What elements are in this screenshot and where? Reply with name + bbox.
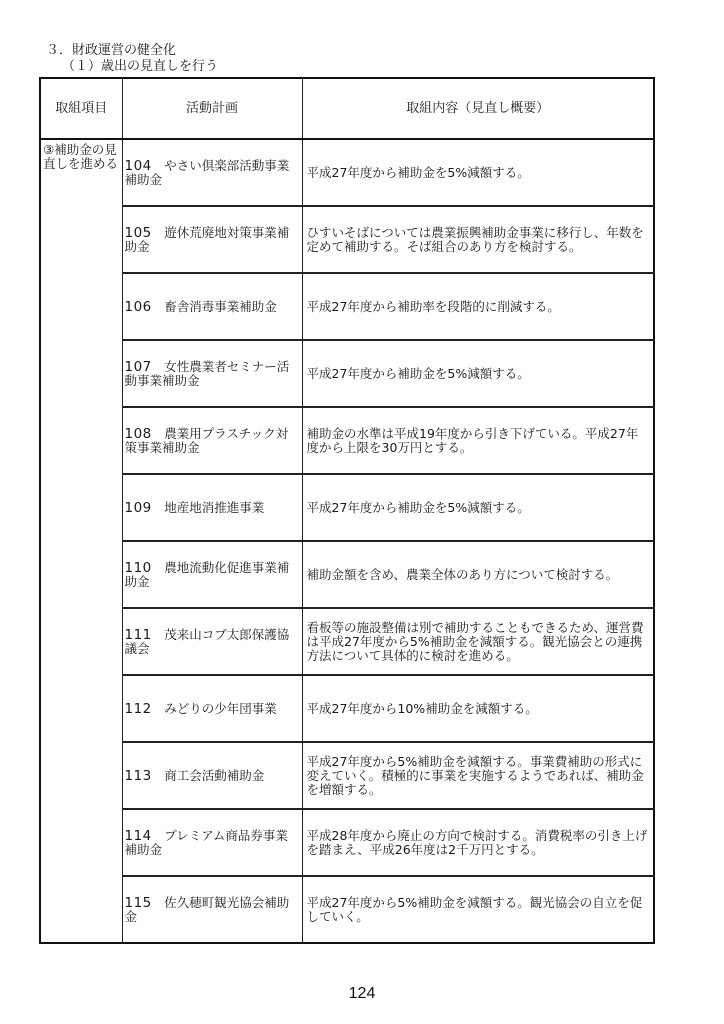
activity-number: 109: [125, 500, 152, 516]
category-cell: ③補助金の見直しを進める: [40, 139, 122, 943]
content-cell: 補助金額を含め、農業全体のあり方について検討する。: [302, 541, 654, 608]
activity-name: 商工会活動補助金: [164, 768, 264, 783]
activity-cell: 104 やさい倶楽部活動事業補助金: [122, 139, 302, 206]
table-row: 107 女性農業者セミナー活動事業補助金 平成27年度から補助金を5%減額する。: [40, 340, 654, 407]
header-activity: 活動計画: [122, 78, 302, 139]
activity-cell: 111 茂来山コブ太郎保護協議会: [122, 608, 302, 675]
table-row: 115 佐久穂町観光協会補助金 平成27年度から5%補助金を減額する。観光協会の…: [40, 876, 654, 943]
content-cell: 平成27年度から補助率を段階的に削減する。: [302, 273, 654, 340]
activity-cell: 110 農地流動化促進事業補助金: [122, 541, 302, 608]
activity-number: 112: [125, 701, 152, 717]
content-cell: 平成27年度から5%補助金を減額する。事業費補助の形式に変えていく。積極的に事業…: [302, 742, 654, 809]
content-cell: 平成28年度から廃止の方向で検討する。消費税率の引き上げを踏まえ、平成26年度は…: [302, 809, 654, 876]
page-number: 124: [0, 985, 724, 1003]
content-cell: 平成27年度から10%補助金を減額する。: [302, 675, 654, 742]
subsidy-review-table: 取組項目 活動計画 取組内容（見直し概要） ③補助金の見直しを進める 104 や…: [39, 77, 655, 944]
activity-cell: 112 みどりの少年団事業: [122, 675, 302, 742]
table-row: 111 茂来山コブ太郎保護協議会 看板等の施設整備は別で補助することもできるため…: [40, 608, 654, 675]
activity-cell: 115 佐久穂町観光協会補助金: [122, 876, 302, 943]
table-row: 113 商工会活動補助金 平成27年度から5%補助金を減額する。事業費補助の形式…: [40, 742, 654, 809]
activity-name: みどりの少年団事業: [164, 701, 277, 716]
activity-cell: 105 遊休荒廃地対策事業補助金: [122, 206, 302, 273]
activity-name: 地産地消推進事業: [164, 500, 264, 515]
content-cell: ひすいそばについては農業振興補助金事業に移行し、年数を定めて補助する。そば組合の…: [302, 206, 654, 273]
header-content: 取組内容（見直し概要）: [302, 78, 654, 139]
activity-cell: 106 畜舎消毒事業補助金: [122, 273, 302, 340]
content-cell: 平成27年度から補助金を5%減額する。: [302, 340, 654, 407]
content-cell: 補助金の水準は平成19年度から引き下げている。平成27年度から上限を30万円とす…: [302, 407, 654, 474]
activity-cell: 107 女性農業者セミナー活動事業補助金: [122, 340, 302, 407]
section-heading: ３．財政運営の健全化: [46, 43, 176, 58]
header-category: 取組項目: [40, 78, 122, 139]
activity-name: 畜舎消毒事業補助金: [164, 299, 277, 314]
content-cell: 平成27年度から補助金を5%減額する。: [302, 139, 654, 206]
table-row: 109 地産地消推進事業 平成27年度から補助金を5%減額する。: [40, 474, 654, 541]
content-cell: 平成27年度から5%補助金を減額する。観光協会の自立を促していく。: [302, 876, 654, 943]
table-row: 114 プレミアム商品券事業補助金 平成28年度から廃止の方向で検討する。消費税…: [40, 809, 654, 876]
activity-number: 106: [125, 299, 152, 315]
table-row: ③補助金の見直しを進める 104 やさい倶楽部活動事業補助金 平成27年度から補…: [40, 139, 654, 206]
table-header-row: 取組項目 活動計画 取組内容（見直し概要）: [40, 78, 654, 139]
content-cell: 看板等の施設整備は別で補助することもできるため、運営費は平成27年度から5%補助…: [302, 608, 654, 675]
activity-cell: 114 プレミアム商品券事業補助金: [122, 809, 302, 876]
activity-cell: 113 商工会活動補助金: [122, 742, 302, 809]
table-row: 112 みどりの少年団事業 平成27年度から10%補助金を減額する。: [40, 675, 654, 742]
activity-number: 113: [125, 768, 152, 784]
table-row: 110 農地流動化促進事業補助金 補助金額を含め、農業全体のあり方について検討す…: [40, 541, 654, 608]
table-row: 108 農業用プラスチック対策事業補助金 補助金の水準は平成19年度から引き下げ…: [40, 407, 654, 474]
content-cell: 平成27年度から補助金を5%減額する。: [302, 474, 654, 541]
activity-cell: 109 地産地消推進事業: [122, 474, 302, 541]
table-row: 106 畜舎消毒事業補助金 平成27年度から補助率を段階的に削減する。: [40, 273, 654, 340]
activity-cell: 108 農業用プラスチック対策事業補助金: [122, 407, 302, 474]
subsection-heading: （１）歳出の見直しを行う: [62, 59, 218, 74]
table-row: 105 遊休荒廃地対策事業補助金 ひすいそばについては農業振興補助金事業に移行し…: [40, 206, 654, 273]
